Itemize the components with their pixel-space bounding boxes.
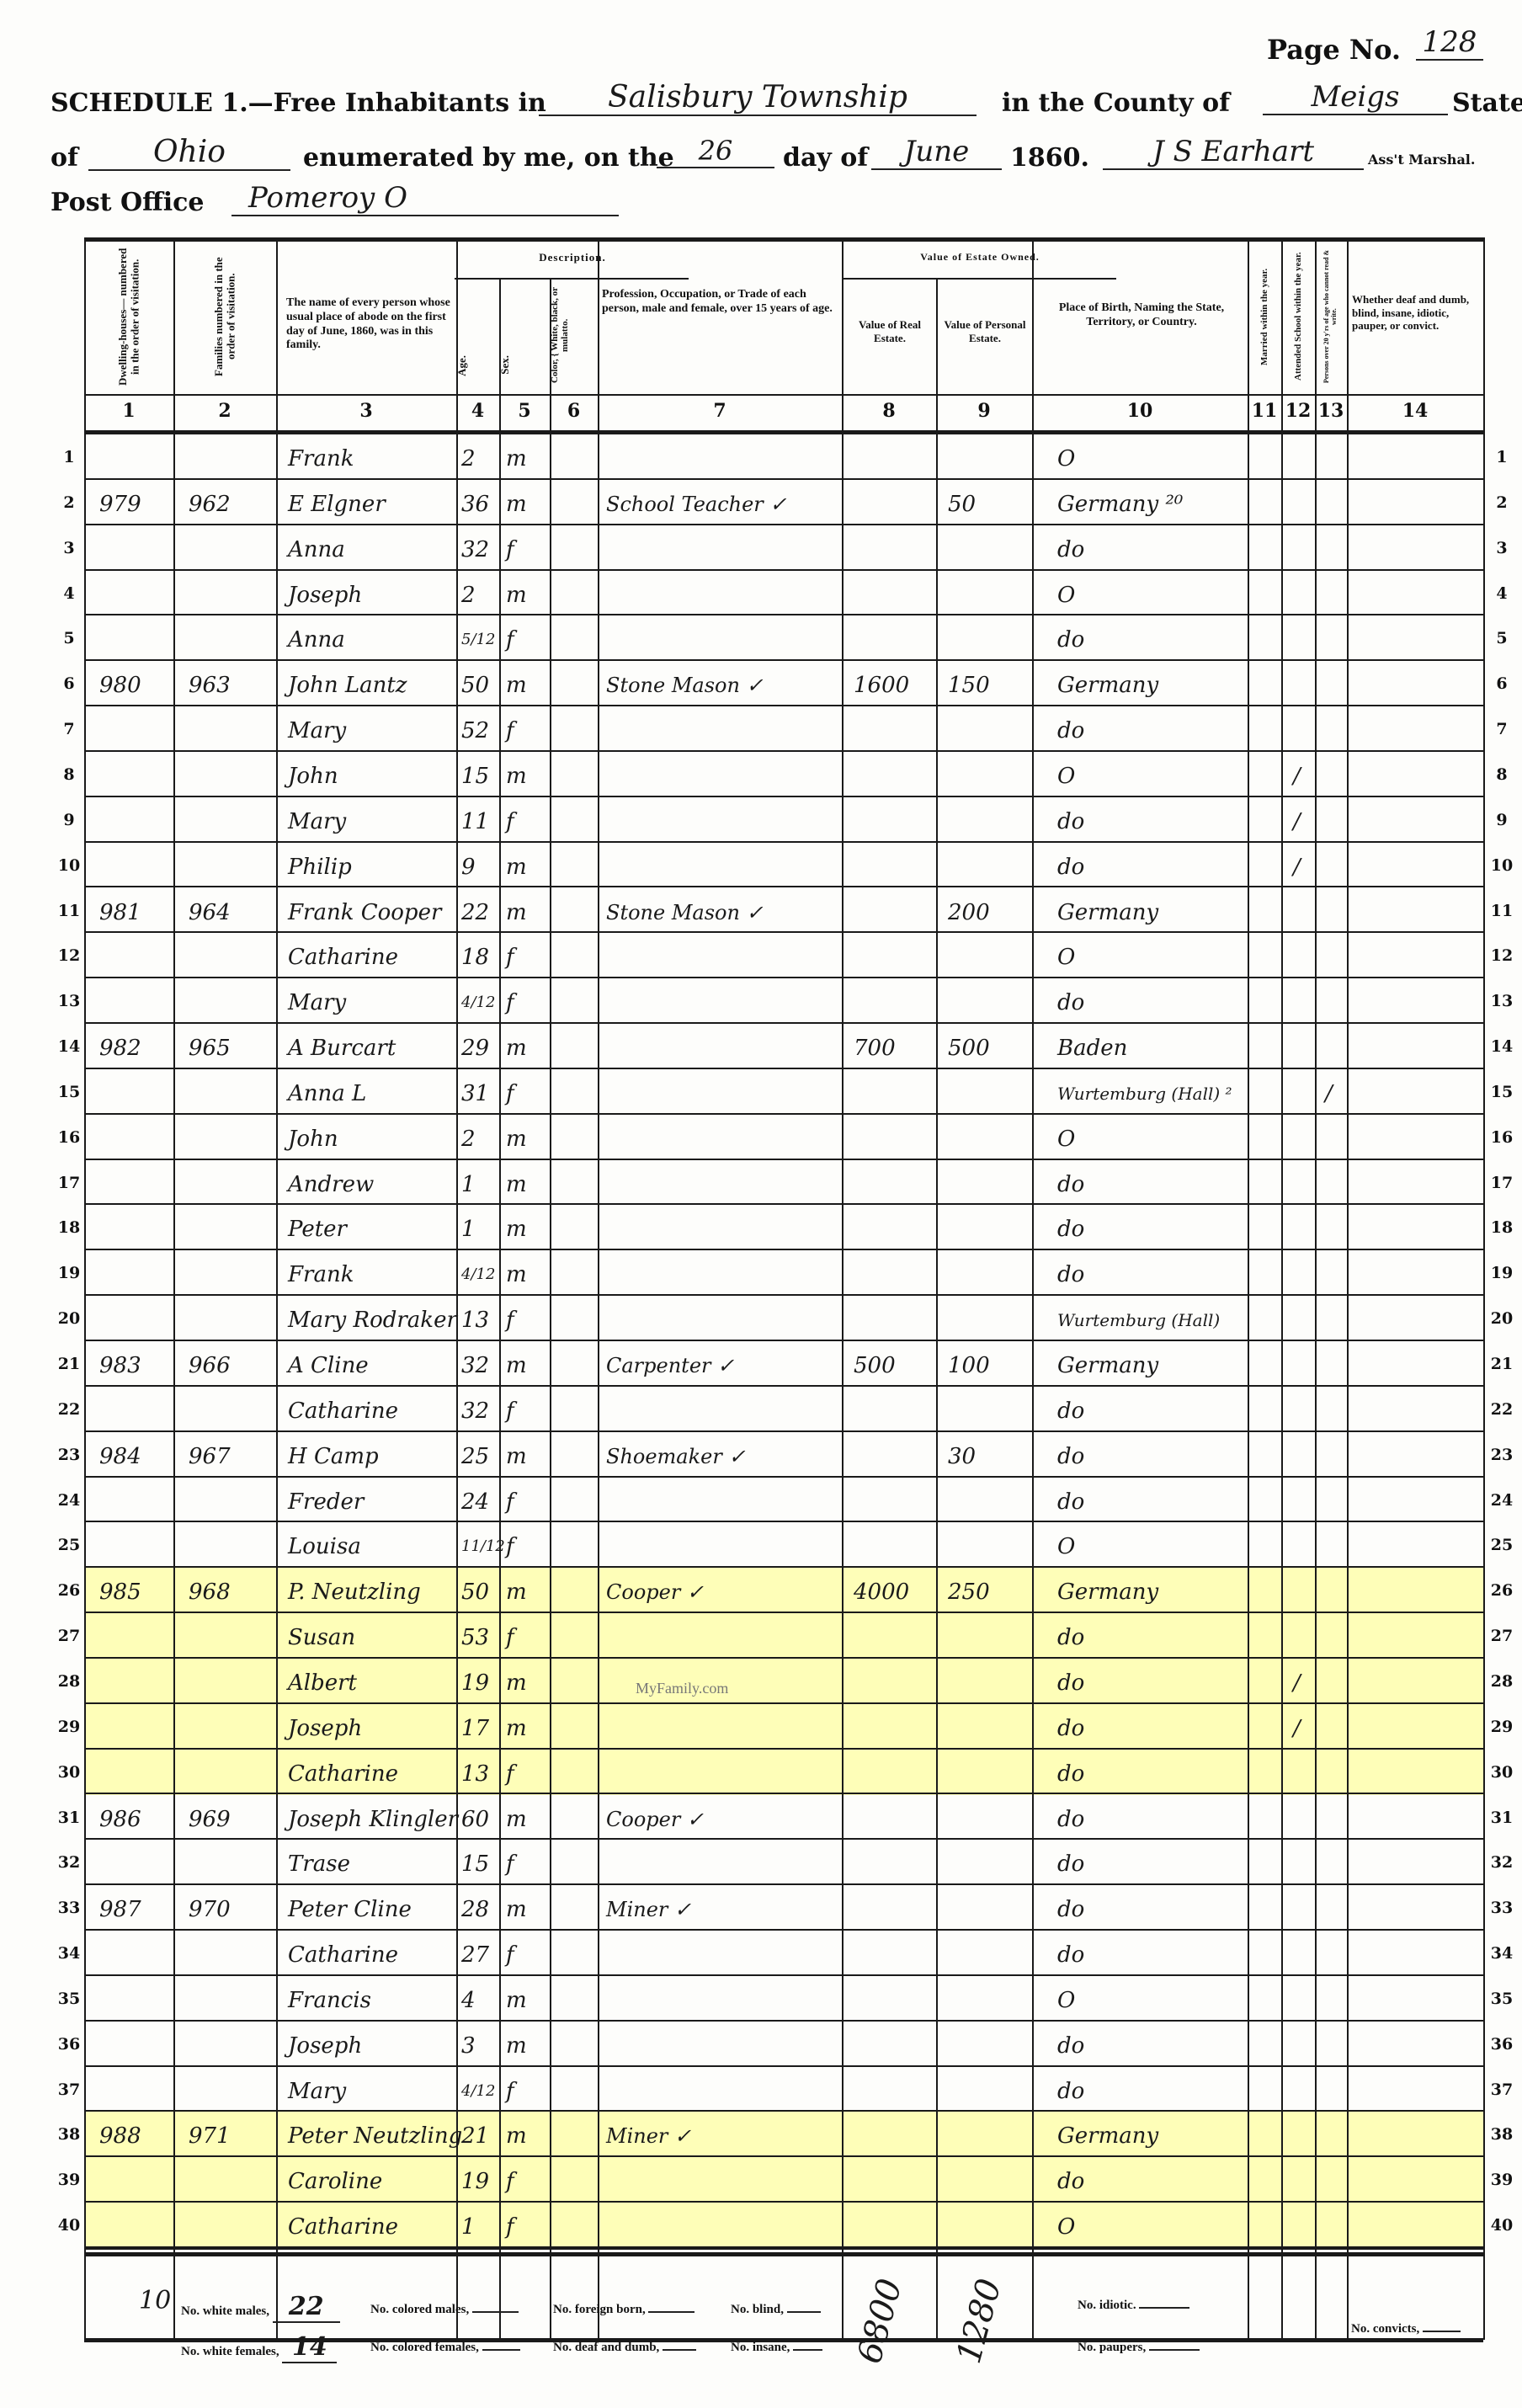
row-number-left: 20	[52, 1309, 86, 1328]
birthplace: do	[1057, 1750, 1084, 1795]
personal-estate-value: 150	[948, 661, 990, 706]
age: 24	[461, 1478, 489, 1523]
column-divider	[550, 278, 551, 2340]
sex: f	[506, 1387, 514, 1432]
col1-header-text: Dwelling-houses— numbered in the order o…	[117, 245, 141, 388]
sex: m	[506, 843, 527, 888]
table-row: Mary4/12fdo	[84, 978, 1483, 1024]
person-name: Peter Neutzling	[288, 2112, 462, 2157]
table-row: Mary11fdo/	[84, 797, 1483, 843]
column-number: 4	[456, 394, 499, 428]
person-name: John	[288, 752, 338, 797]
deaf-dumb-label-text: No. deaf and dumb,	[553, 2341, 659, 2354]
row-number-right: 34	[1485, 1944, 1519, 1963]
column-divider	[276, 237, 278, 2340]
age: 4/12	[461, 2067, 495, 2112]
personal-estate-value: 30	[948, 1432, 976, 1478]
person-name: Frank	[288, 434, 354, 480]
person-name: A Cline	[288, 1341, 369, 1387]
age: 4/12	[461, 978, 495, 1024]
col10-header: Place of Birth, Naming the State, Territ…	[1035, 301, 1248, 330]
row-number-left: 19	[52, 1264, 86, 1282]
row-number-right: 25	[1485, 1536, 1519, 1554]
personal-estate-value: 250	[948, 1568, 990, 1613]
age: 1	[461, 1160, 476, 1206]
column-divider	[456, 237, 458, 2340]
sex: f	[506, 1069, 514, 1115]
table-row: 980963John Lantz50mStone Mason ✓1600150G…	[84, 661, 1483, 706]
age: 1	[461, 2203, 476, 2248]
insane-label-text: No. insane,	[731, 2341, 790, 2354]
row-number-right: 24	[1485, 1491, 1519, 1510]
col6-header-text: Color, { White, black, or mulatto.	[550, 285, 570, 386]
row-number-right: 18	[1485, 1218, 1519, 1237]
white-females-count: 14	[282, 2332, 337, 2363]
convicts-label: No. convicts,	[1351, 2322, 1461, 2336]
real-estate-value: 4000	[854, 1568, 909, 1613]
of-label: of	[51, 143, 78, 173]
person-name: Peter	[288, 1205, 347, 1250]
person-name: Joseph Klingler	[288, 1795, 458, 1841]
year-label: 1860.	[1010, 143, 1089, 173]
sex: m	[506, 661, 527, 706]
dwelling-number: 984	[99, 1432, 141, 1478]
column-divider	[598, 237, 599, 2340]
sex: f	[506, 2203, 514, 2248]
birthplace: Wurtemburg (Hall) ²	[1057, 1069, 1232, 1115]
row-number-right: 38	[1485, 2125, 1519, 2144]
row-number-left: 23	[52, 1446, 86, 1464]
sex: f	[506, 933, 514, 978]
person-name: Mary	[288, 2067, 346, 2112]
occupation: Miner ✓	[606, 1885, 691, 1931]
occupation: Stone Mason ✓	[606, 888, 764, 934]
page-number: 128	[1416, 25, 1483, 61]
person-name: Anna L	[288, 1069, 366, 1115]
sex: m	[506, 752, 527, 797]
table-row: Mary Rodraker13fWurtemburg (Hall)	[84, 1296, 1483, 1341]
birthplace: Germany	[1057, 888, 1158, 934]
person-name: Mary	[288, 706, 346, 752]
row-number-right: 3	[1485, 539, 1519, 557]
sex: m	[506, 480, 527, 525]
col13-header-text: Persons over 20 y'rs of age who cannot r…	[1323, 245, 1338, 388]
age: 2	[461, 571, 476, 616]
person-name: Catharine	[288, 1387, 398, 1432]
table-row: 987970Peter Cline28mMiner ✓do	[84, 1885, 1483, 1931]
row-number-left: 1	[52, 448, 86, 466]
row-number-right: 1	[1485, 448, 1519, 466]
sex: m	[506, 1885, 527, 1931]
sex: m	[506, 1205, 527, 1250]
age: 19	[461, 2157, 489, 2203]
person-name: Peter Cline	[288, 1885, 412, 1931]
age: 50	[461, 661, 489, 706]
day-of-label: day of	[783, 143, 868, 173]
person-name: Freder	[288, 1478, 364, 1523]
family-number: 971	[189, 2112, 231, 2157]
birthplace: do	[1057, 1613, 1084, 1659]
person-name: Francis	[288, 1976, 371, 2022]
sex: m	[506, 571, 527, 616]
deaf-dumb-label: No. deaf and dumb,	[553, 2341, 696, 2355]
schedule-label: SCHEDULE 1.—Free Inhabitants in	[51, 88, 546, 118]
person-name: Catharine	[288, 1931, 398, 1976]
age: 4	[461, 1976, 476, 2022]
sex: m	[506, 434, 527, 480]
row-number-left: 26	[52, 1581, 86, 1600]
age: 27	[461, 1931, 489, 1976]
column-number: 6	[550, 394, 598, 428]
birthplace: do	[1057, 1885, 1084, 1931]
column-divider	[936, 278, 938, 2340]
sex: f	[506, 978, 514, 1024]
row-number-right: 20	[1485, 1309, 1519, 1328]
birthplace: do	[1057, 1931, 1084, 1976]
description-rule	[455, 278, 689, 280]
row-number-left: 7	[52, 720, 86, 738]
birthplace: Germany	[1057, 1568, 1158, 1613]
county-field: Meigs	[1263, 80, 1448, 115]
col6-header: Color, { White, black, or mulatto.	[550, 285, 598, 391]
person-name: Louisa	[288, 1522, 361, 1568]
post-office-field: Pomeroy O	[231, 181, 619, 216]
age: 18	[461, 933, 489, 978]
blind-label: No. blind,	[731, 2303, 821, 2317]
idiotic-label-text: No. idiotic.	[1078, 2299, 1136, 2312]
col5-header: Sex.	[499, 355, 550, 375]
table-row: Louisa11/12fO	[84, 1522, 1483, 1568]
sex: f	[506, 1931, 514, 1976]
row-number-left: 11	[52, 902, 86, 920]
table-row: Mary52fdo	[84, 706, 1483, 752]
row-number-left: 3	[52, 539, 86, 557]
row-number-right: 12	[1485, 946, 1519, 965]
marshal-label: Ass't Marshal.	[1368, 152, 1475, 168]
colored-females-label-text: No. colored females,	[370, 2341, 479, 2354]
family-number: 963	[189, 661, 231, 706]
table-row: 984967H Camp25mShoemaker ✓30do	[84, 1432, 1483, 1478]
school-mark: /	[1293, 843, 1301, 888]
state-field: Ohio	[88, 135, 290, 171]
blind-label-text: No. blind,	[731, 2303, 784, 2316]
row-number-left: 17	[52, 1174, 86, 1192]
person-name: John	[288, 1115, 338, 1160]
birthplace: O	[1057, 1115, 1075, 1160]
row-number-right: 32	[1485, 1853, 1519, 1872]
column-number: 10	[1032, 394, 1248, 428]
column-divider	[499, 278, 501, 2340]
sex: m	[506, 1795, 527, 1841]
age: 9	[461, 843, 476, 888]
table-row: 982965A Burcart29m700500Baden	[84, 1024, 1483, 1069]
table-row: Catharine18fO	[84, 933, 1483, 978]
row-number-left: 29	[52, 1718, 86, 1736]
family-number: 969	[189, 1795, 231, 1841]
sex: m	[506, 1568, 527, 1613]
row-number-right: 27	[1485, 1627, 1519, 1645]
row-number-left: 24	[52, 1491, 86, 1510]
row-number-left: 38	[52, 2125, 86, 2144]
sex: f	[506, 2067, 514, 2112]
row-number-right: 33	[1485, 1899, 1519, 1917]
person-name: Mary	[288, 978, 346, 1024]
dwelling-number: 987	[99, 1885, 141, 1931]
colored-males-label-text: No. colored males,	[370, 2303, 469, 2316]
personal-estate-value: 200	[948, 888, 990, 934]
school-mark: /	[1293, 1659, 1301, 1704]
row-number-left: 10	[52, 856, 86, 875]
person-name: H Camp	[288, 1432, 379, 1478]
table-row: Freder24fdo	[84, 1478, 1483, 1523]
dwelling-number: 983	[99, 1341, 141, 1387]
row-number-right: 11	[1485, 902, 1519, 920]
col1-header: Dwelling-houses— numbered in the order o…	[84, 242, 173, 391]
age: 1	[461, 1205, 476, 1250]
month-field: June	[871, 135, 1002, 170]
row-number-left: 36	[52, 2035, 86, 2054]
column-divider	[173, 237, 175, 2340]
row-number-left: 28	[52, 1672, 86, 1691]
dwelling-number: 979	[99, 480, 141, 525]
sex: m	[506, 2022, 527, 2067]
footer-top-rule	[84, 2248, 1483, 2250]
age: 3	[461, 2022, 476, 2067]
enumerated-label: enumerated by me, on the	[303, 143, 674, 173]
birthplace: do	[1057, 1250, 1084, 1296]
table-row: John2mO	[84, 1115, 1483, 1160]
foreign-born-label: No. foreign born,	[553, 2303, 694, 2317]
row-number-left: 14	[52, 1037, 86, 1056]
description-header: Description.	[456, 251, 689, 264]
birthplace: O	[1057, 933, 1075, 978]
table-row: Catharine27fdo	[84, 1931, 1483, 1976]
dwelling-number: 980	[99, 661, 141, 706]
age: 32	[461, 1341, 489, 1387]
white-males-label: No. white males, 22	[181, 2292, 340, 2323]
person-name: Caroline	[288, 2157, 382, 2203]
dwelling-number: 981	[99, 888, 141, 934]
sex: f	[506, 706, 514, 752]
real-estate-value: 1600	[854, 661, 909, 706]
person-name: P. Neutzling	[288, 1568, 421, 1613]
age: 32	[461, 1387, 489, 1432]
birthplace: do	[1057, 1659, 1084, 1704]
marshal-signature: J S Earhart	[1103, 135, 1364, 170]
sex: f	[506, 797, 514, 843]
birthplace: do	[1057, 1205, 1084, 1250]
column-divider	[842, 237, 843, 2340]
paupers-label: No. paupers,	[1078, 2341, 1200, 2355]
row-number-left: 6	[52, 674, 86, 693]
person-name: Joseph	[288, 571, 362, 616]
foreign-born-label-text: No. foreign born,	[553, 2303, 646, 2316]
row-number-left: 30	[52, 1763, 86, 1782]
white-females-label: No. white females, 14	[181, 2332, 337, 2363]
row-number-right: 30	[1485, 1763, 1519, 1782]
insane-label: No. insane,	[731, 2341, 822, 2355]
row-number-left: 39	[52, 2171, 86, 2189]
row-number-left: 37	[52, 2080, 86, 2099]
occupation: Stone Mason ✓	[606, 661, 764, 706]
column-number: 7	[598, 394, 842, 428]
row-number-left: 22	[52, 1400, 86, 1419]
birthplace: O	[1057, 2203, 1075, 2248]
person-name: Philip	[288, 843, 352, 888]
family-number: 970	[189, 1885, 231, 1931]
person-name: Catharine	[288, 1750, 398, 1795]
row-number-right: 7	[1485, 720, 1519, 738]
row-number-left: 32	[52, 1853, 86, 1872]
birthplace: do	[1057, 1478, 1084, 1523]
dwelling-number: 986	[99, 1795, 141, 1841]
table-row: 981964Frank Cooper22mStone Mason ✓200Ger…	[84, 888, 1483, 934]
birthplace: do	[1057, 706, 1084, 752]
header-line-1: SCHEDULE 1.—Free Inhabitants in Salisbur…	[51, 80, 1482, 122]
row-number-right: 2	[1485, 493, 1519, 512]
column-divider	[1032, 237, 1034, 2340]
sex: m	[506, 1341, 527, 1387]
sex: m	[506, 1250, 527, 1296]
table-row: Trase15fdo	[84, 1840, 1483, 1885]
row-number-right: 15	[1485, 1083, 1519, 1101]
family-number: 967	[189, 1432, 231, 1478]
age: 36	[461, 480, 489, 525]
row-number-left: 34	[52, 1944, 86, 1963]
person-name: Mary Rodraker	[288, 1296, 457, 1341]
sex: m	[506, 1976, 527, 2022]
table-row: Catharine32fdo	[84, 1387, 1483, 1432]
occupation: Shoemaker ✓	[606, 1432, 746, 1478]
header-line-3: Post Office Pomeroy O	[51, 181, 724, 223]
column-number: 12	[1281, 394, 1315, 428]
sex: m	[506, 1432, 527, 1478]
table-row: Mary4/12fdo	[84, 2067, 1483, 2112]
person-name: Joseph	[288, 1704, 362, 1750]
row-number-right: 31	[1485, 1809, 1519, 1827]
row-number-right: 4	[1485, 584, 1519, 603]
table-row: 988971Peter Neutzling21mMiner ✓Germany	[84, 2112, 1483, 2157]
table-row: 979962E Elgner36mSchool Teacher ✓50Germa…	[84, 480, 1483, 525]
table-row: Albert19mdo/	[84, 1659, 1483, 1704]
page-number-label: Page No.	[1267, 34, 1401, 66]
col11-header: Married within the year.	[1248, 242, 1281, 391]
row-number-right: 35	[1485, 1990, 1519, 2008]
birthplace: do	[1057, 525, 1084, 571]
age: 28	[461, 1885, 489, 1931]
person-name: Frank	[288, 1250, 354, 1296]
header-line-2: of Ohio enumerated by me, on the 26 day …	[51, 135, 1482, 177]
person-name: Catharine	[288, 2203, 398, 2248]
col4-header-text: Age.	[456, 355, 468, 376]
row-number-left: 4	[52, 584, 86, 603]
sex: m	[506, 1160, 527, 1206]
person-name: Andrew	[288, 1160, 374, 1206]
convicts-label-text: No. convicts,	[1351, 2322, 1419, 2336]
person-name: Catharine	[288, 933, 398, 978]
age: 60	[461, 1795, 489, 1841]
row-number-left: 5	[52, 629, 86, 647]
sex: m	[506, 1115, 527, 1160]
age: 5/12	[461, 615, 495, 661]
column-number: 9	[936, 394, 1032, 428]
col11-header-text: Married within the year.	[1259, 245, 1269, 388]
age: 2	[461, 434, 476, 480]
age: 53	[461, 1613, 489, 1659]
column-number: 11	[1248, 394, 1281, 428]
table-top-border	[84, 237, 1483, 242]
sex: m	[506, 1024, 527, 1069]
sex: f	[506, 1296, 514, 1341]
age: 17	[461, 1704, 489, 1750]
sex: f	[506, 1840, 514, 1885]
family-number: 965	[189, 1024, 231, 1069]
row-number-right: 40	[1485, 2216, 1519, 2235]
birthplace: O	[1057, 1976, 1075, 2022]
birthplace: O	[1057, 1522, 1075, 1568]
table-row: Frank2mO	[84, 434, 1483, 480]
table-row: Francis4mO	[84, 1976, 1483, 2022]
row-number-right: 6	[1485, 674, 1519, 693]
col12-header: Attended School within the year.	[1281, 242, 1315, 391]
birthplace: O	[1057, 434, 1075, 480]
col8-header: Value of Real Estate.	[843, 318, 936, 344]
person-name: Trase	[288, 1840, 350, 1885]
sex: m	[506, 888, 527, 934]
personal-estate-value: 500	[948, 1024, 990, 1069]
family-number: 968	[189, 1568, 231, 1613]
person-name: John Lantz	[288, 661, 407, 706]
watermark: MyFamily.com	[636, 1680, 728, 1697]
table-row: Anna32fdo	[84, 525, 1483, 571]
state-label: State	[1452, 88, 1522, 118]
row-number-right: 36	[1485, 2035, 1519, 2054]
sex: f	[506, 1522, 514, 1568]
row-number-left: 18	[52, 1218, 86, 1237]
person-name: Mary	[288, 797, 346, 843]
col2-header: Families numbered in the order of visita…	[173, 242, 276, 391]
table-row: 986969Joseph Klingler60mCooper ✓do	[84, 1795, 1483, 1841]
day-field: 26	[657, 135, 774, 168]
personal-estate-value: 100	[948, 1341, 990, 1387]
age: 31	[461, 1069, 489, 1115]
township-field: Salisbury Township	[539, 80, 977, 116]
age: 2	[461, 1115, 476, 1160]
column-number: 5	[499, 394, 550, 428]
age: 19	[461, 1659, 489, 1704]
sex: f	[506, 615, 514, 661]
sex: m	[506, 2112, 527, 2157]
column-number: 2	[173, 394, 276, 428]
col3-header: The name of every person whose usual pla…	[286, 296, 455, 353]
table-row: 985968P. Neutzling50mCooper ✓4000250Germ…	[84, 1568, 1483, 1613]
sex: f	[506, 1750, 514, 1795]
birthplace: do	[1057, 978, 1084, 1024]
row-number-left: 33	[52, 1899, 86, 1917]
person-name: Anna	[288, 615, 345, 661]
row-number-left: 2	[52, 493, 86, 512]
occupation: School Teacher ✓	[606, 480, 787, 525]
row-number-left: 16	[52, 1128, 86, 1147]
birthplace: do	[1057, 1704, 1084, 1750]
row-number-right: 28	[1485, 1672, 1519, 1691]
estate-header: Value of Estate Owned.	[843, 251, 1116, 263]
birthplace: Wurtemburg (Hall)	[1057, 1296, 1220, 1341]
table-row: Caroline19fdo	[84, 2157, 1483, 2203]
column-number: 1	[84, 394, 173, 428]
birthplace: do	[1057, 1432, 1084, 1478]
occupation: Cooper ✓	[606, 1568, 704, 1613]
